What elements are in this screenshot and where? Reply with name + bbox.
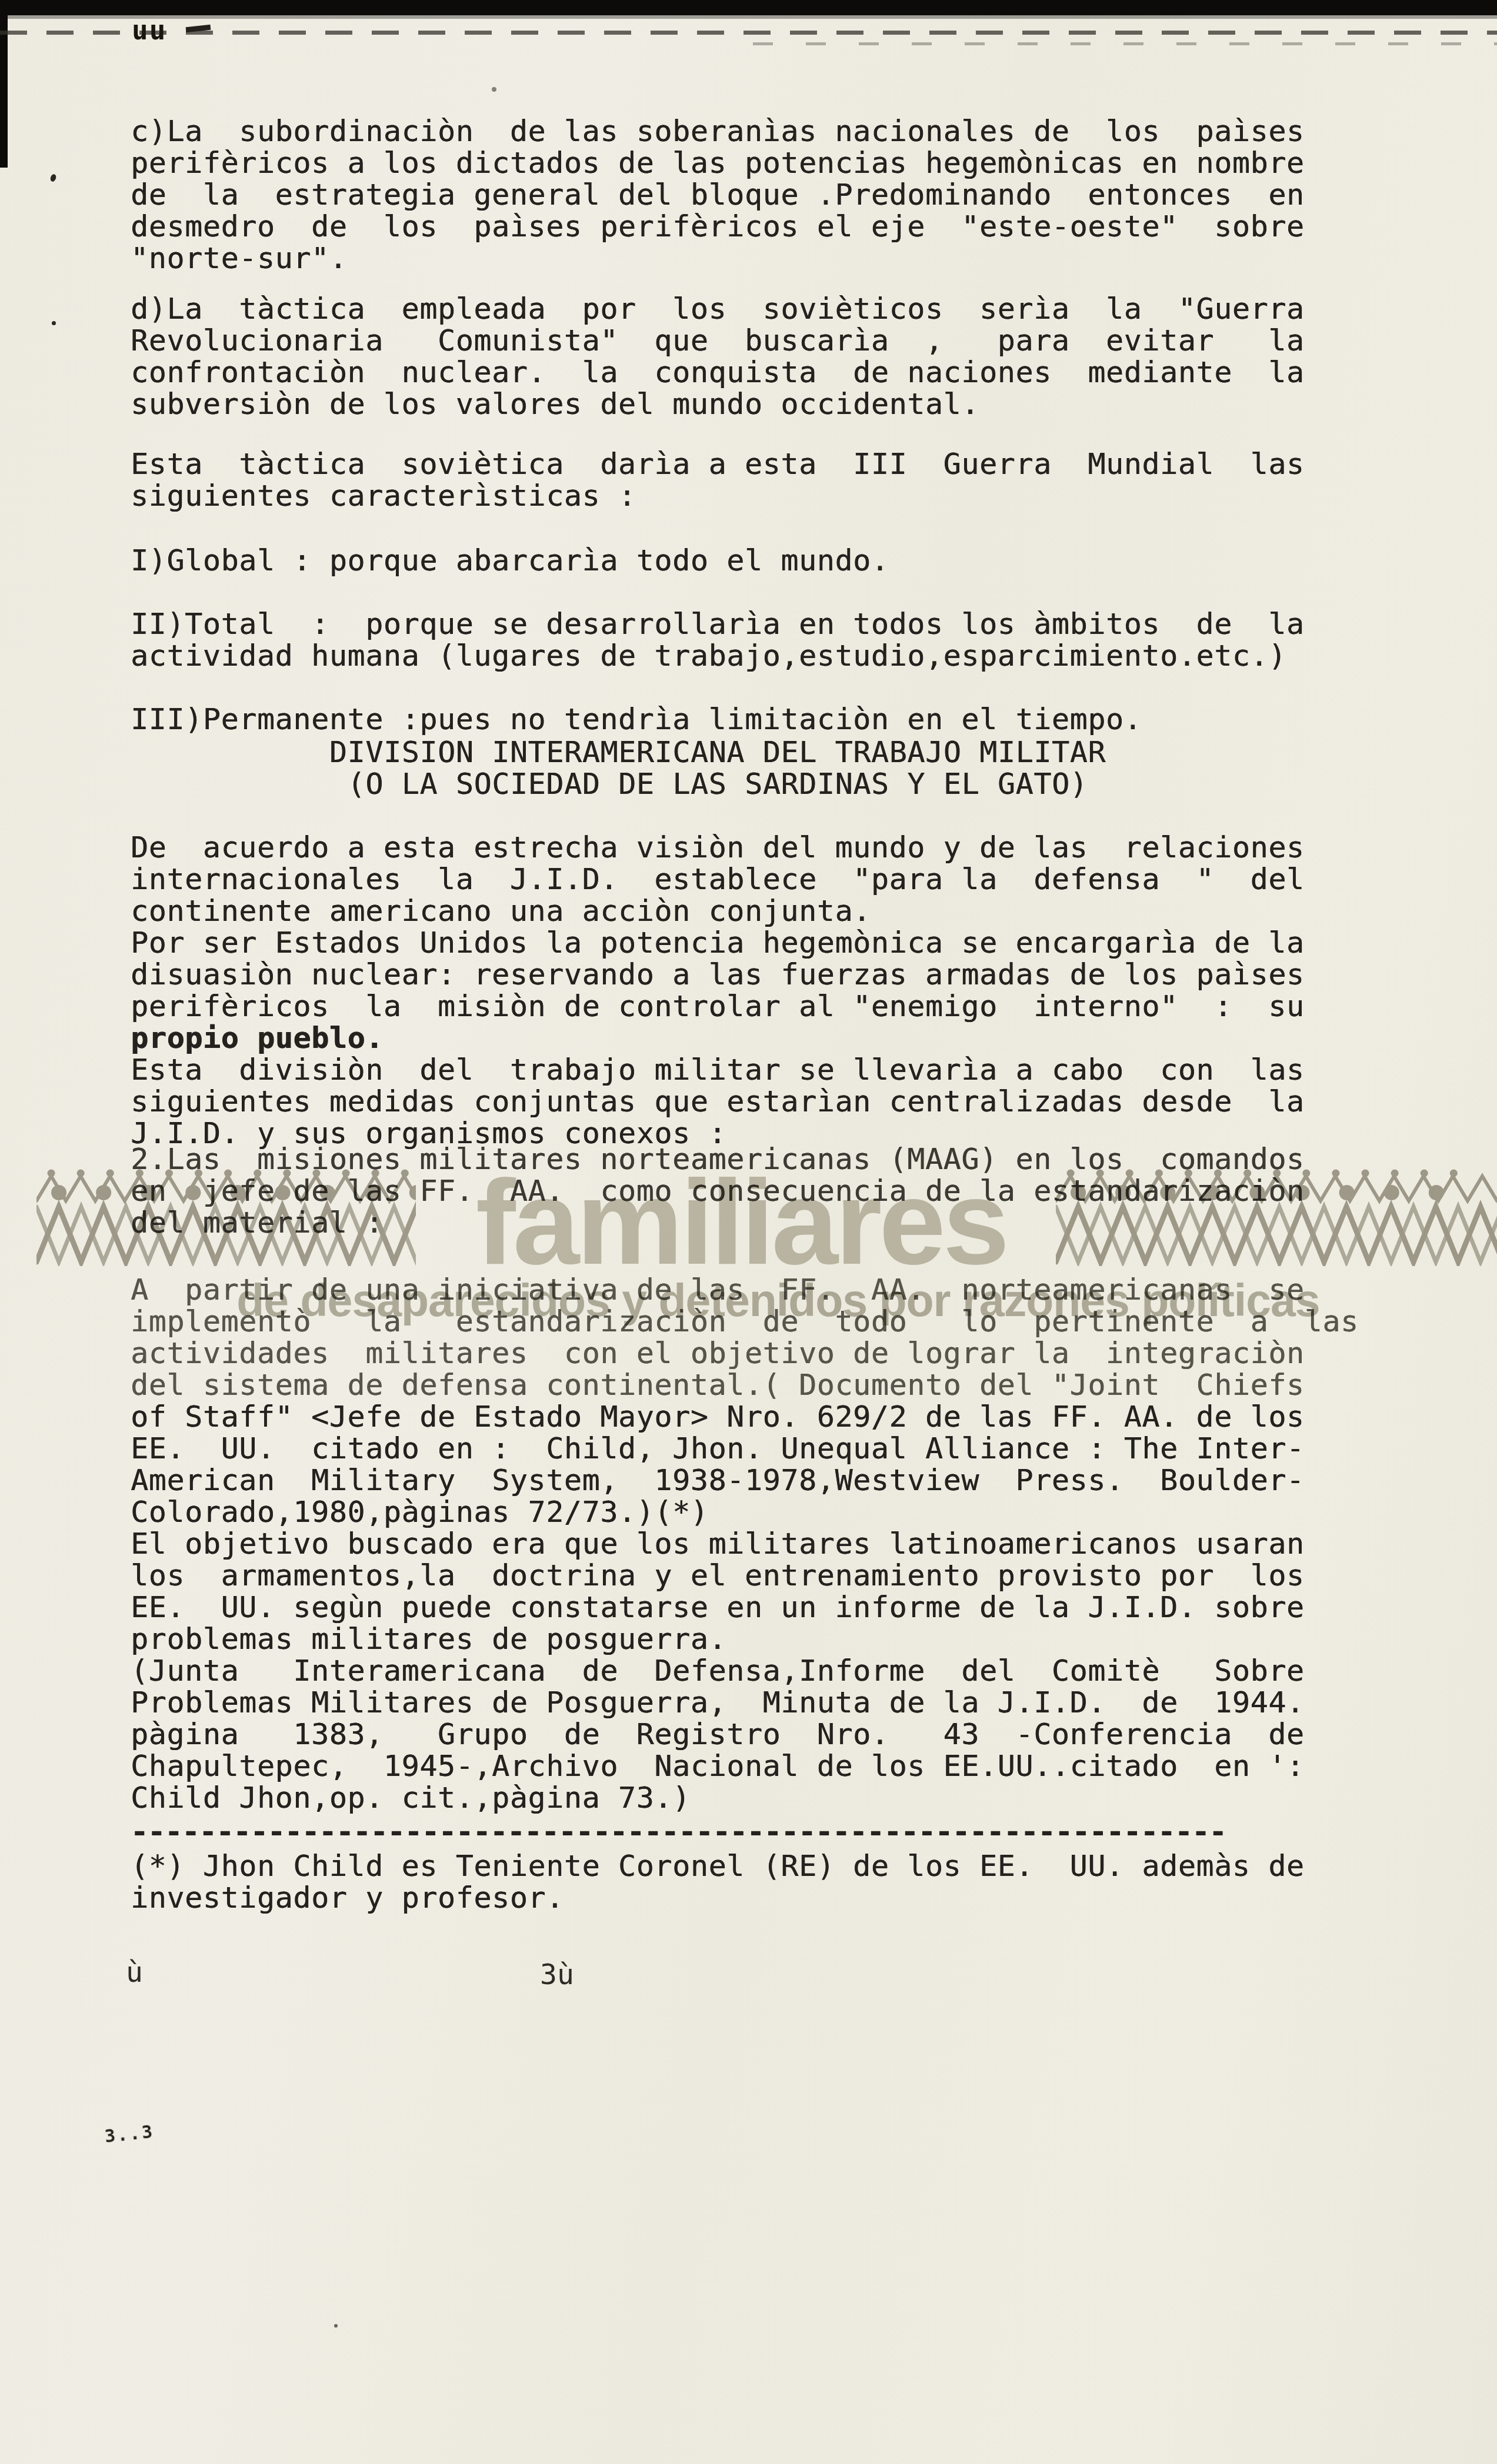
ink-speck <box>52 321 56 325</box>
scanned-document-page: uu c)La subordinaciòn de las soberanìas … <box>0 0 1497 2464</box>
scan-left-edge <box>0 0 8 168</box>
paragraph-de-acuerdo: De acuerdo a esta estrecha visiòn del mu… <box>131 832 1305 1022</box>
paragraph-propio-pueblo: propio pueblo. <box>131 1022 1305 1054</box>
bottom-ink-mark: 3..3 <box>104 2122 155 2148</box>
perforation-dash-line <box>0 31 1497 35</box>
ink-speck <box>492 87 496 92</box>
list-item-permanente: III)Permanente :pues no tendrìa limitaci… <box>131 703 1305 735</box>
paragraph-esta-tactica: Esta tàctica soviètica darìa a esta III … <box>131 448 1305 512</box>
paragraph-division-trabajo: Esta divisiòn del trabajo militar se lle… <box>131 1054 1305 1149</box>
paragraph-d-tactica: d)La tàctica empleada por los sovièticos… <box>131 293 1305 420</box>
paragraph-a-partir-faded: A partir de una iniciativa de las FF. AA… <box>131 1274 1305 1401</box>
ink-speck <box>49 173 57 182</box>
ink-speck <box>334 2324 338 2328</box>
scan-top-edge-shadow <box>0 15 1497 19</box>
list-item-global: I)Global : porque abarcarìa todo el mund… <box>131 545 1305 576</box>
scan-top-edge <box>0 0 1497 15</box>
header-mark: uu <box>132 14 166 46</box>
page-number: 3ù <box>540 1958 574 1991</box>
footer-left-mark: ù <box>126 1956 143 1989</box>
perforation-dash-line-secondary <box>753 42 1497 45</box>
list-item-total: II)Total : porque se desarrollarìa en to… <box>131 608 1305 672</box>
paragraph-a-partir-cita: of Staff" <Jefe de Estado Mayor> Nro. 62… <box>131 1401 1305 1814</box>
footnote-text: (*) Jhon Child es Teniente Coronel (RE) … <box>131 1850 1305 1914</box>
paragraph-misiones-maag: 2.Las misiones militares norteamericanas… <box>131 1143 1305 1238</box>
section-heading: DIVISION INTERAMERICANA DEL TRABAJO MILI… <box>131 736 1305 800</box>
footnote-separator: ----------------------------------------… <box>131 1816 1305 1848</box>
paragraph-c-subordinacion: c)La subordinaciòn de las soberanìas nac… <box>131 115 1305 274</box>
